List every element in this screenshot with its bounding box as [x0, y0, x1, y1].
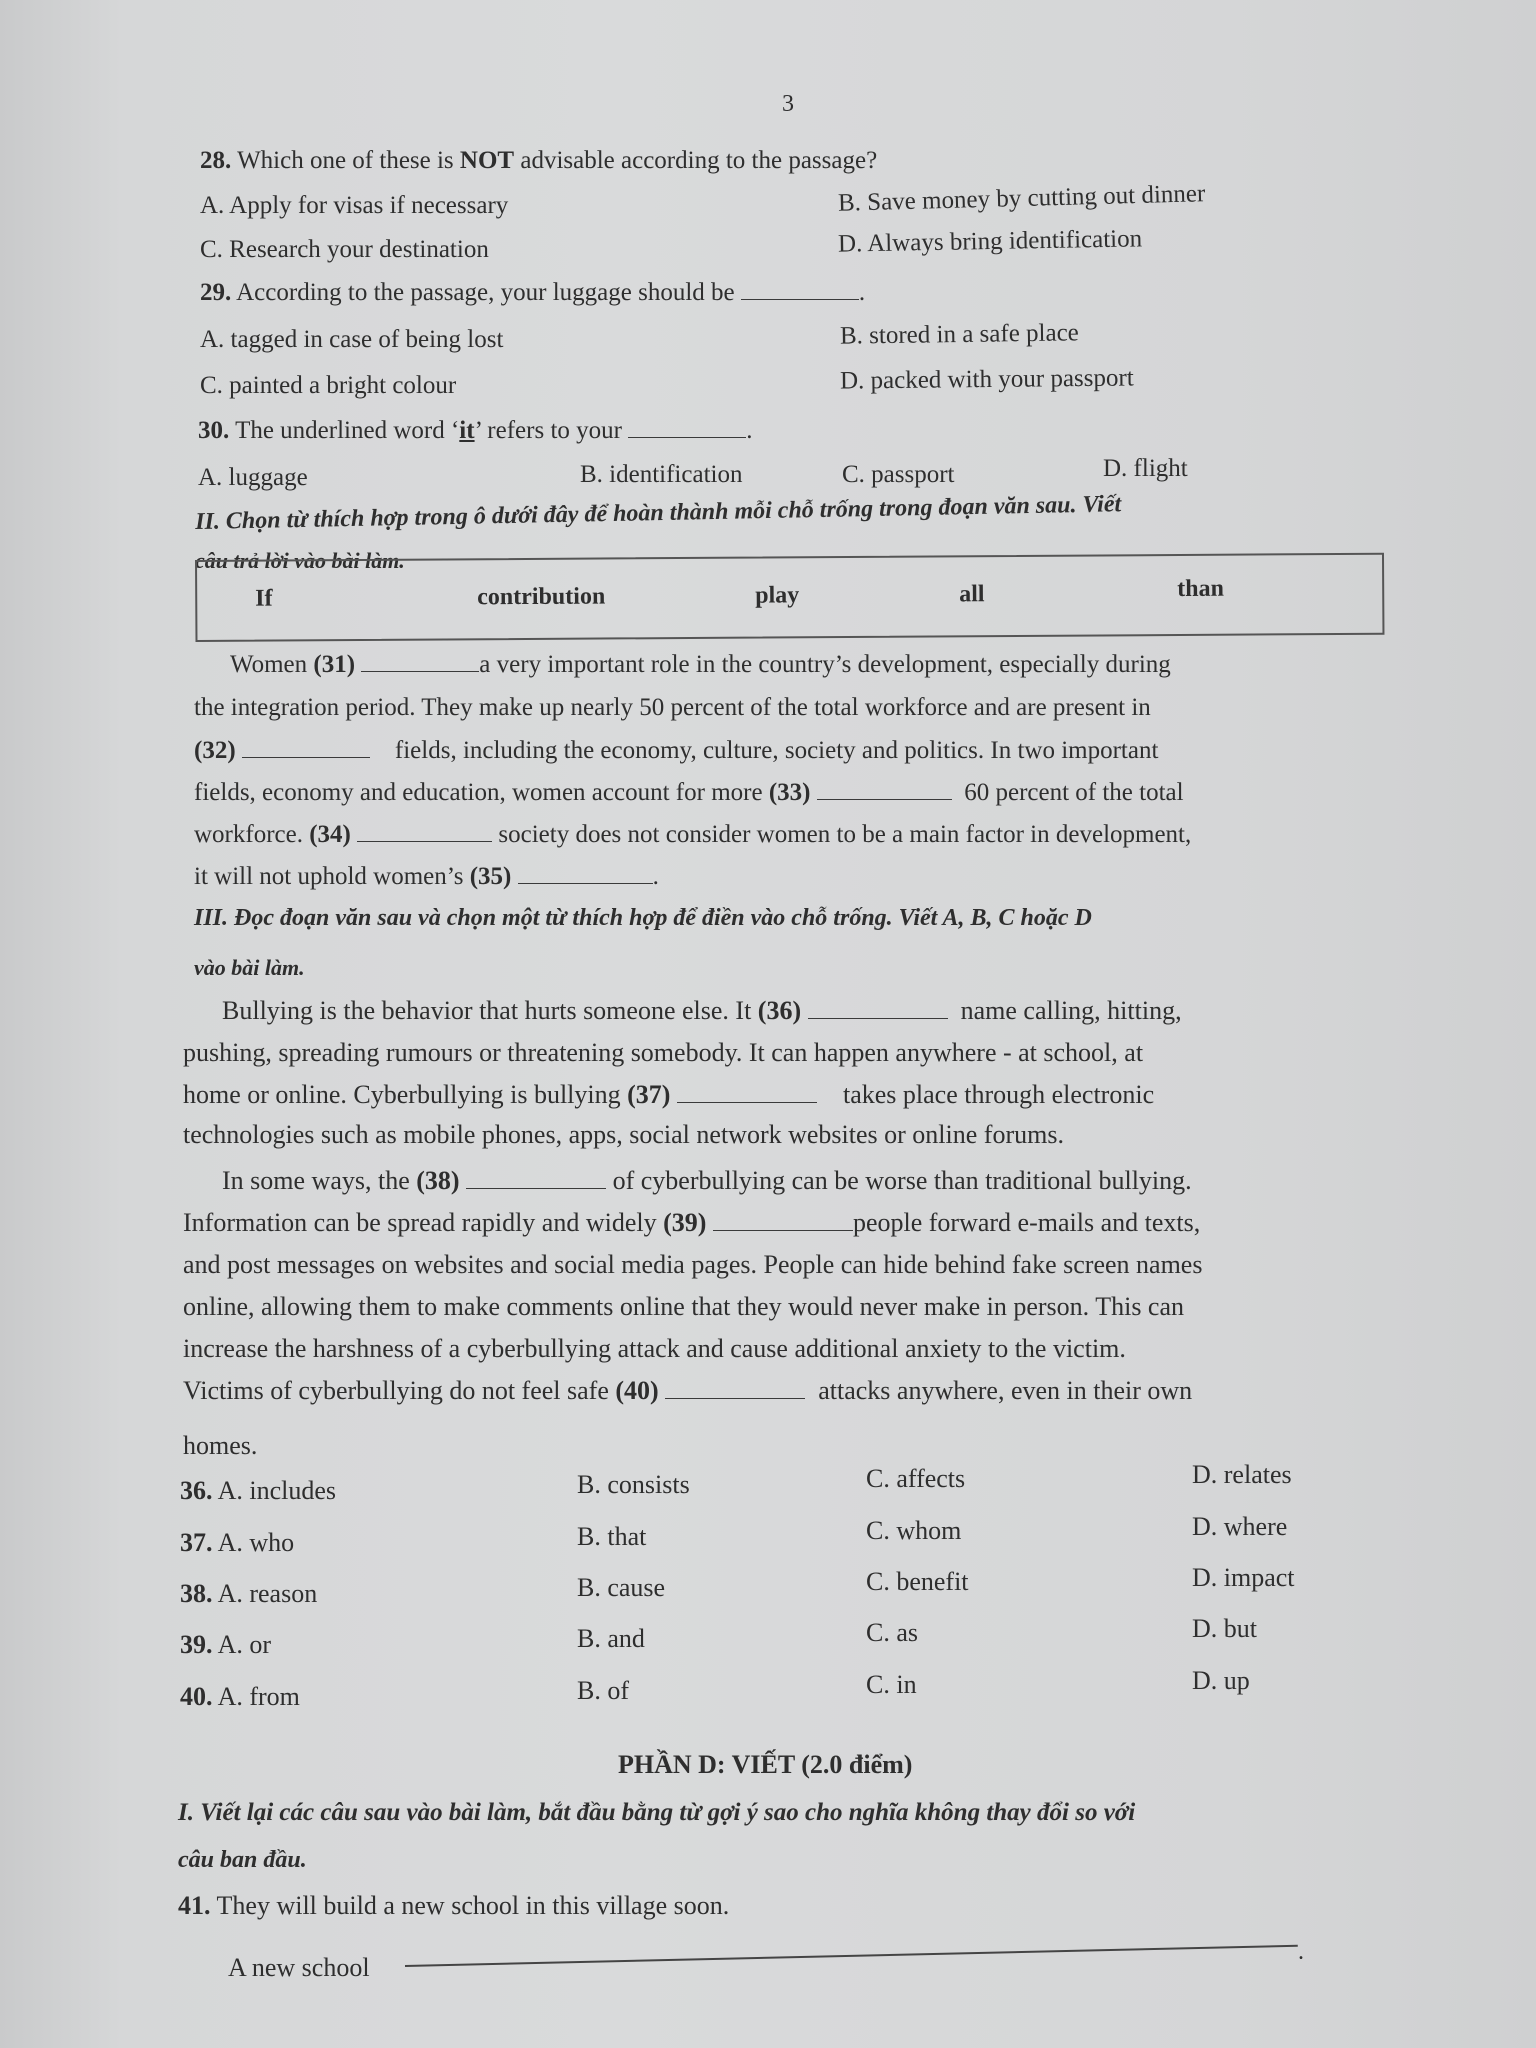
passage-iii-p2-line-1: In some ways, the (38) of cyberbullying …	[222, 1168, 1192, 1194]
word-option: contribution	[477, 583, 605, 611]
section-ii-instruction: II. Chọn từ thích hợp trong ô dưới đây đ…	[195, 492, 1121, 534]
option-28b: B. Save money by cutting out dinner	[838, 181, 1206, 216]
option-36b: B. consists	[577, 1472, 690, 1498]
question-30: 30. The underlined word ‘it’ refers to y…	[198, 418, 752, 443]
section-iii-instruction: III. Đọc đoạn văn sau và chọn một từ thí…	[194, 906, 1092, 930]
blank-31	[361, 653, 479, 672]
question-29: 29. According to the passage, your lugga…	[200, 280, 865, 305]
passage-iii-p2-line-4: online, allowing them to make comments o…	[183, 1294, 1184, 1320]
word-option: If	[255, 586, 273, 613]
option-37a: 37. A. who	[180, 1530, 294, 1556]
option-38b: B. cause	[577, 1575, 665, 1601]
section-d-instruction: I. Viết lại các câu sau vào bài làm, bắt…	[178, 1800, 1135, 1825]
section-d-instruction-cont: câu ban đầu.	[178, 1848, 307, 1872]
blank-33	[817, 781, 952, 800]
blank-38	[466, 1170, 606, 1189]
answer-line-41[interactable]	[405, 1945, 1298, 1967]
option-30d: D. flight	[1103, 456, 1188, 481]
option-38c: C. benefit	[866, 1569, 969, 1595]
passage-ii-line-5: workforce. (34) society does not conside…	[194, 822, 1191, 847]
section-d-title: PHẦN D: VIẾT (2.0 điểm)	[618, 1752, 912, 1778]
passage-ii-line-3: (32) fields, including the economy, cult…	[194, 738, 1158, 763]
word-option: play	[755, 582, 799, 609]
passage-iii-p1-line-3: home or online. Cyberbullying is bullyin…	[183, 1082, 1154, 1108]
blank-34	[357, 823, 492, 842]
blank-35	[518, 865, 653, 884]
answer-blank	[628, 419, 746, 438]
option-28d: D. Always bring identification	[838, 226, 1143, 256]
option-40d: D. up	[1192, 1668, 1250, 1694]
blank-37	[677, 1084, 817, 1103]
option-36a: 36. A. includes	[180, 1478, 336, 1504]
option-30c: C. passport	[842, 462, 955, 487]
question-number: 28.	[200, 147, 231, 174]
option-36c: C. affects	[866, 1466, 965, 1492]
option-29c: C. painted a bright colour	[200, 373, 456, 398]
blank-39	[713, 1212, 853, 1231]
passage-iii-p2-line-6: Victims of cyberbullying do not feel saf…	[183, 1378, 1192, 1404]
option-30a: A. luggage	[198, 465, 308, 490]
page-number: 3	[782, 92, 794, 116]
option-40a: 40. A. from	[180, 1684, 300, 1710]
passage-iii-p2-line-2: Information can be spread rapidly and wi…	[183, 1210, 1200, 1236]
blank-32	[242, 739, 370, 758]
exam-page: 3 28. Which one of these is NOT advisabl…	[0, 0, 1536, 2048]
passage-ii-line-4: fields, economy and education, women acc…	[194, 780, 1184, 805]
passage-iii-p2-line-7: homes.	[183, 1433, 257, 1459]
option-37d: D. where	[1192, 1514, 1287, 1540]
passage-ii-line-6: it will not uphold women’s (35) .	[194, 864, 659, 889]
blank-36	[808, 1000, 948, 1019]
question-28: 28. Which one of these is NOT advisable …	[200, 148, 877, 173]
answer-blank	[741, 281, 859, 300]
passage-iii-p2-line-3: and post messages on websites and social…	[183, 1252, 1202, 1278]
option-39b: B. and	[577, 1626, 645, 1652]
word-option: all	[959, 581, 985, 608]
passage-iii-p1-line-2: pushing, spreading rumours or threatenin…	[183, 1040, 1143, 1066]
option-30b: B. identification	[580, 462, 742, 487]
blank-40	[665, 1380, 805, 1399]
answer-prompt: A new school	[228, 1955, 370, 1981]
passage-iii-p2-line-5: increase the harshness of a cyberbullyin…	[183, 1336, 1126, 1362]
option-38a: 38. A. reason	[180, 1581, 317, 1607]
question-41: 41. They will build a new school in this…	[178, 1893, 729, 1919]
passage-ii-line-1: Women (31) a very important role in the …	[230, 652, 1171, 677]
option-38d: D. impact	[1192, 1565, 1295, 1591]
option-40b: B. of	[577, 1678, 629, 1704]
passage-ii-line-2: the integration period. They make up nea…	[194, 695, 1151, 720]
option-29b: B. stored in a safe place	[840, 320, 1079, 348]
word-option: than	[1177, 576, 1224, 603]
option-40c: C. in	[866, 1672, 917, 1698]
option-37b: B. that	[577, 1524, 646, 1550]
option-28c: C. Research your destination	[200, 237, 489, 262]
option-28a: A. Apply for visas if necessary	[200, 193, 508, 218]
option-36d: D. relates	[1192, 1462, 1292, 1488]
passage-iii-p1-line-4: technologies such as mobile phones, apps…	[183, 1122, 1064, 1148]
option-29a: A. tagged in case of being lost	[200, 327, 503, 352]
word-box: If contribution play all than	[195, 553, 1384, 642]
option-39a: 39. A. or	[180, 1632, 271, 1658]
passage-iii-p1-line-1: Bullying is the behavior that hurts some…	[222, 998, 1182, 1024]
option-39c: C. as	[866, 1620, 918, 1646]
answer-end: .	[1298, 1940, 1304, 1964]
option-29d: D. packed with your passport	[840, 365, 1134, 393]
option-37c: C. whom	[866, 1518, 961, 1544]
section-iii-instruction-cont: vào bài làm.	[194, 957, 305, 979]
option-39d: D. but	[1192, 1616, 1257, 1642]
